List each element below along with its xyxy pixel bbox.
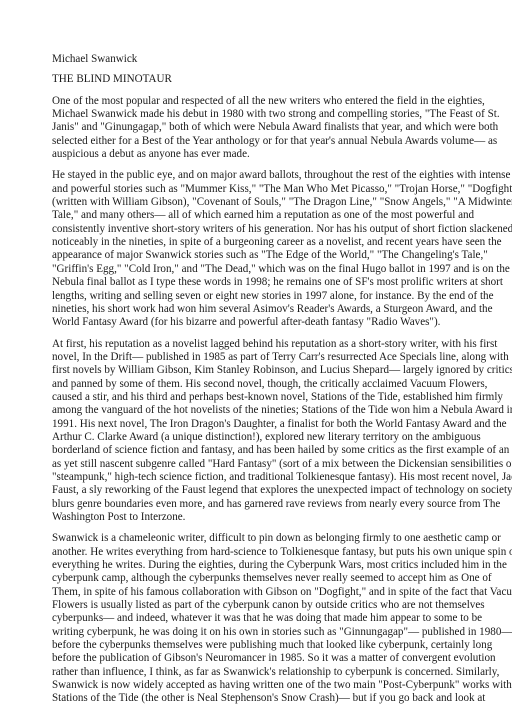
text-line: Arthur C. Clarke Award (a unique distinc… — [52, 431, 472, 444]
paragraph: Swanwick is a chameleonic writer, diffic… — [52, 532, 472, 705]
text-line: nineties, his short work had won him sev… — [52, 303, 472, 316]
text-line: Tale," and many others— all of which ear… — [52, 209, 472, 222]
text-line: writing cyberpunk, he was doing it on hi… — [52, 626, 472, 639]
text-line: Janis" and "Ginungagap," both of which w… — [52, 121, 472, 134]
text-line: borderland of science fiction and fantas… — [52, 444, 472, 457]
paragraph: He stayed in the public eye, and on majo… — [52, 169, 472, 329]
text-line: Nebula final ballot as I type these word… — [52, 276, 472, 289]
text-line: novel, In the Drift— published in 1985 a… — [52, 351, 472, 364]
text-line: cyberpunks— and indeed, whatever it was … — [52, 612, 472, 625]
text-line: among the vanguard of the hot novelists … — [52, 404, 472, 417]
author-name: Michael Swanwick — [52, 53, 472, 66]
text-line: first novels by William Gibson, Kim Stan… — [52, 364, 472, 377]
text-line: noticeably in the nineties, in spite of … — [52, 236, 472, 249]
text-line: At first, his reputation as a novelist l… — [52, 338, 472, 351]
text-line: Them, in spite of his famous collaborati… — [52, 586, 472, 599]
paragraph: At first, his reputation as a novelist l… — [52, 338, 472, 525]
text-line: before the cyberpunks themselves were pu… — [52, 639, 472, 652]
text-line: (written with William Gibson), "Covenant… — [52, 196, 472, 209]
text-line: and panned by some of them. His second n… — [52, 378, 472, 391]
text-line: 1991. His next novel, The Iron Dragon's … — [52, 418, 472, 431]
text-line: "steampunk," high-tech science fiction, … — [52, 471, 472, 484]
text-line: Swanwick is now widely accepted as havin… — [52, 679, 472, 692]
text-line: and powerful stories such as "Mummer Kis… — [52, 183, 472, 196]
text-line: Flowers is usually listed as part of the… — [52, 599, 472, 612]
text-line: blurs genre boundaries even more, and ha… — [52, 498, 472, 511]
text-line: Swanwick is a chameleonic writer, diffic… — [52, 532, 472, 545]
text-line: before the publication of Gibson's Neuro… — [52, 652, 472, 665]
text-line: auspicious a debut as anyone has ever ma… — [52, 148, 472, 161]
text-line: appearance of major Swanwick stories suc… — [52, 249, 472, 262]
text-line: everything he writes. During the eightie… — [52, 559, 472, 572]
text-line: Stations of the Tide (the other is Neal … — [52, 692, 472, 705]
text-line: rather than influence, I think, as far a… — [52, 666, 472, 679]
document-body: One of the most popular and respected of… — [52, 95, 472, 706]
text-line: selected either for a Best of the Year a… — [52, 135, 472, 148]
text-line: another. He writes everything from hard-… — [52, 546, 472, 559]
text-line: Faust, a sly reworking of the Faust lege… — [52, 484, 472, 497]
text-line: Washington Post to Interzone. — [52, 511, 472, 524]
text-line: as yet still nascent subgenre called "Ha… — [52, 458, 472, 471]
document-title: THE BLIND MINOTAUR — [52, 73, 472, 86]
document-page: Michael Swanwick THE BLIND MINOTAUR One … — [52, 53, 472, 714]
text-line: World Fantasy Award (for his bizarre and… — [52, 316, 472, 329]
text-line: Michael Swanwick made his debut in 1980 … — [52, 108, 472, 121]
paragraph: One of the most popular and respected of… — [52, 95, 472, 162]
text-line: He stayed in the public eye, and on majo… — [52, 169, 472, 182]
text-line: lengths, writing and selling seven or ei… — [52, 290, 472, 303]
text-line: consistently inventive short-story write… — [52, 223, 472, 236]
text-line: caused a stir, and his third and perhaps… — [52, 391, 472, 404]
text-line: "Griffin's Egg," "Cold Iron," and "The D… — [52, 263, 472, 276]
text-line: One of the most popular and respected of… — [52, 95, 472, 108]
text-line: cyberpunk camp, although the cyberpunks … — [52, 572, 472, 585]
